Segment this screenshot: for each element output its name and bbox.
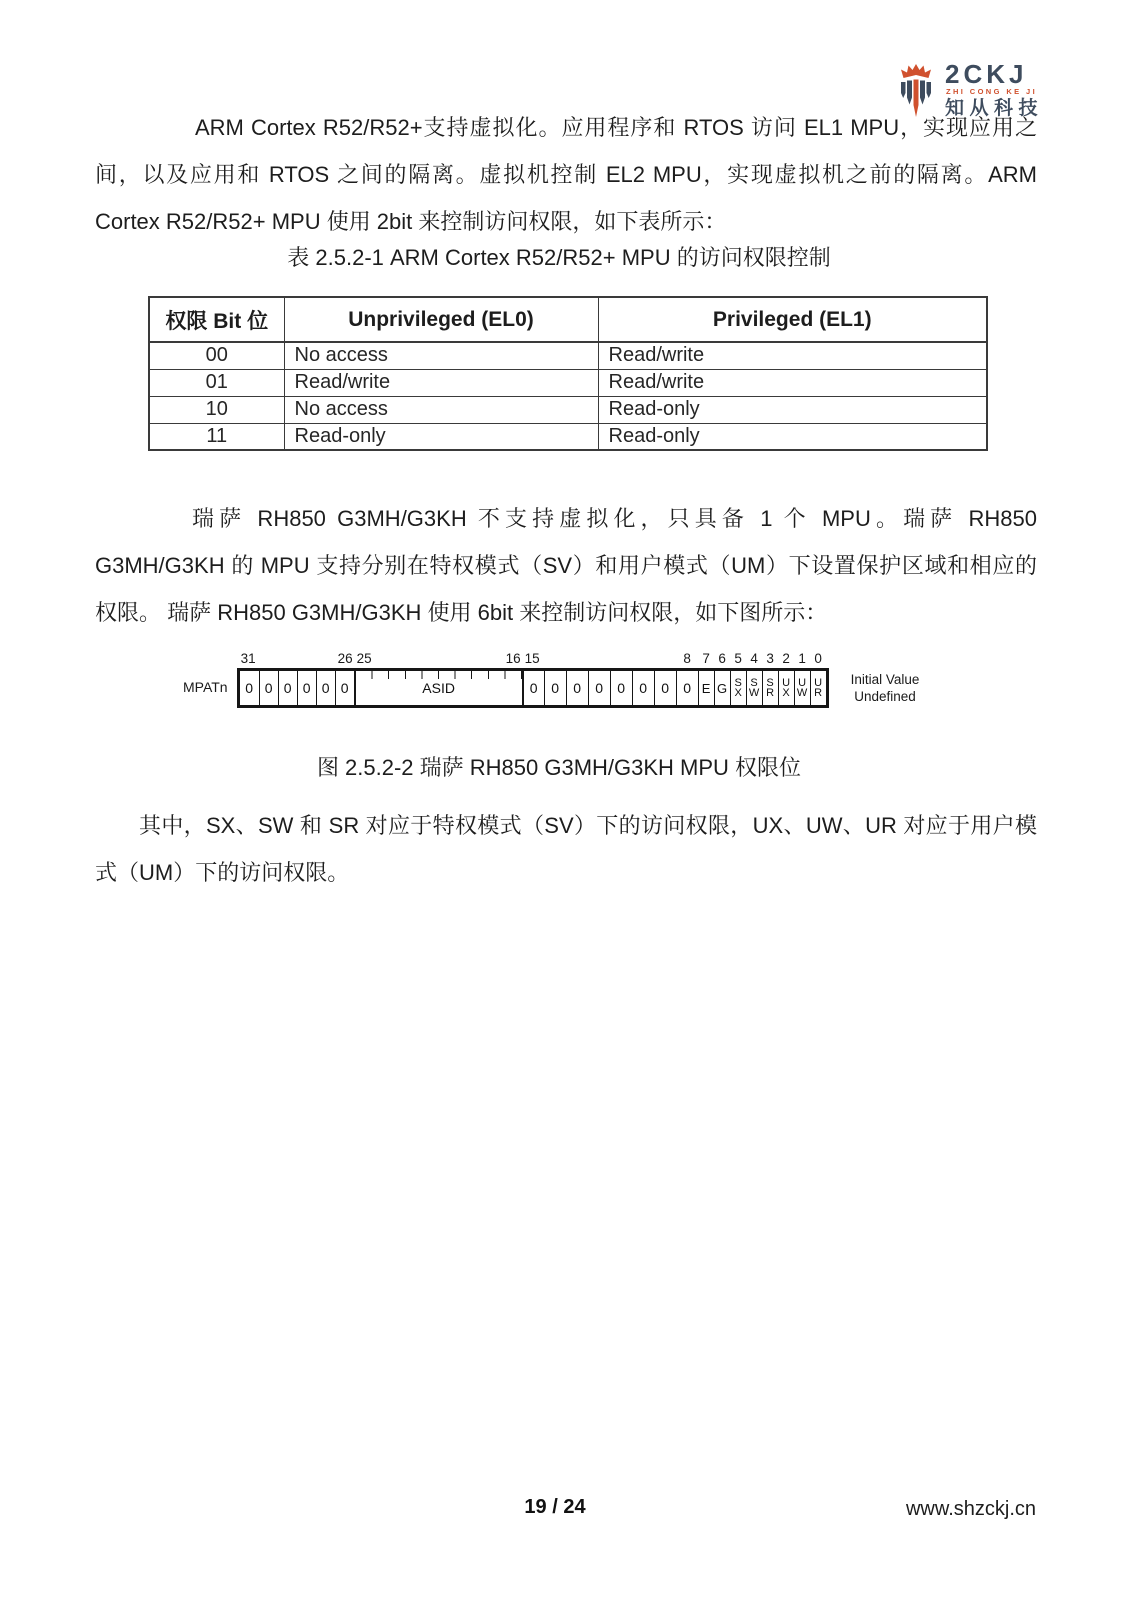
table-cell: Read/write	[598, 369, 987, 396]
register-bit-cell: 0U R	[810, 671, 826, 705]
register-bit-cell: 2U X	[778, 671, 794, 705]
register-bit-cell: 0	[259, 671, 278, 705]
document-page: 2CKJ ZHI CONG KE JI 知从科技 ARM Cortex R52/…	[0, 0, 1131, 1600]
website-link[interactable]: www.shzckj.cn	[906, 1498, 1036, 1521]
register-cells-outer: 31000002602516ASID150000000807E6G5S X4S …	[237, 648, 829, 708]
bit-field-label: U R	[814, 678, 822, 699]
bit-field-label: 0	[530, 680, 538, 696]
table-cell: 10	[149, 396, 284, 423]
bit-number-label: 16	[506, 651, 521, 666]
initial-value-line2: Undefined	[851, 688, 920, 705]
bit-field-label: E	[702, 681, 711, 696]
table-header-unprivileged: Unprivileged (EL0)	[284, 297, 598, 342]
table-row: 00No accessRead/write	[149, 342, 987, 369]
bit-field-label: ASID	[422, 680, 455, 696]
asid-bit-ticks	[356, 671, 522, 679]
bit-field-label: 0	[265, 680, 273, 696]
paragraph-rh850: 瑞萨 RH850 G3MH/G3KH 不支持虚拟化，只具备 1 个 MPU。瑞萨…	[95, 495, 1037, 636]
access-permission-table: 权限 Bit 位 Unprivileged (EL0) Privileged (…	[148, 296, 988, 451]
bit-field-label: 0	[322, 680, 330, 696]
figure-caption: 图 2.5.2-2 瑞萨 RH850 G3MH/G3KH MPU 权限位	[0, 751, 1118, 782]
register-bit-cell: 3S R	[762, 671, 778, 705]
logo-wordmark: 2CKJ	[945, 62, 1043, 86]
table-caption: 表 2.5.2-1 ARM Cortex R52/R52+ MPU 的访问权限控…	[0, 241, 1118, 272]
table-cell: Read-only	[284, 423, 598, 450]
register-bit-cell: 2516ASID	[354, 671, 522, 705]
table-row: 01Read/writeRead/write	[149, 369, 987, 396]
register-cells: 31000002602516ASID150000000807E6G5S X4S …	[237, 668, 829, 708]
logo-subtext: ZHI CONG KE JI	[946, 87, 1043, 96]
register-bit-cell: 80	[676, 671, 698, 705]
paragraph-arm-cortex: ARM Cortex R52/R52+支持虚拟化。应用程序和 RTOS 访问 E…	[95, 104, 1037, 245]
bit-field-label: 0	[341, 680, 349, 696]
table-header-privileged: Privileged (EL1)	[598, 297, 987, 342]
table-header-bit: 权限 Bit 位	[149, 297, 284, 342]
register-name-label: MPATn	[183, 679, 228, 695]
register-bit-cell: 1U W	[794, 671, 810, 705]
register-bit-cell: 0	[544, 671, 566, 705]
bit-field-label: 0	[683, 680, 691, 696]
bit-number-label: 15	[525, 651, 540, 666]
table-cell: No access	[284, 396, 598, 423]
bit-number-label: 1	[798, 651, 806, 666]
bit-number-label: 31	[241, 651, 256, 666]
register-bit-cell: 0	[610, 671, 632, 705]
register-bit-cell: 0	[588, 671, 610, 705]
table-body: 00No accessRead/write01Read/writeRead/wr…	[149, 342, 987, 450]
bit-field-label: 0	[661, 680, 669, 696]
table-cell: 01	[149, 369, 284, 396]
bit-number-label: 0	[814, 651, 822, 666]
initial-value-line1: Initial Value	[851, 671, 920, 688]
register-bit-cell: 0	[316, 671, 335, 705]
bit-number-label: 7	[702, 651, 710, 666]
bit-field-label: 0	[573, 680, 581, 696]
bit-number-label: 2	[782, 651, 790, 666]
register-bit-cell: 0	[632, 671, 654, 705]
register-bit-cell: 0	[297, 671, 316, 705]
register-bit-cell: 0	[566, 671, 588, 705]
register-bit-cell: 150	[522, 671, 544, 705]
register-bit-cell: 0	[654, 671, 676, 705]
bit-field-label: S W	[749, 678, 759, 699]
bit-field-label: 0	[551, 680, 559, 696]
bit-field-label: S R	[766, 678, 774, 699]
register-bit-cell: 7E	[698, 671, 714, 705]
bit-field-label: 0	[245, 680, 253, 696]
table-cell: 11	[149, 423, 284, 450]
bit-field-label: 0	[284, 680, 292, 696]
bit-field-label: 0	[639, 680, 647, 696]
bit-field-label: 0	[303, 680, 311, 696]
bit-number-label: 4	[750, 651, 758, 666]
table-cell: Read-only	[598, 423, 987, 450]
bit-number-label: 26	[338, 651, 353, 666]
register-bit-cell: 5S X	[730, 671, 746, 705]
table-cell: Read-only	[598, 396, 987, 423]
bit-field-label: U X	[782, 678, 790, 699]
register-bit-cell: 0	[278, 671, 297, 705]
bit-number-label: 8	[683, 651, 691, 666]
table-cell: Read/write	[284, 369, 598, 396]
bit-number-label: 3	[766, 651, 774, 666]
register-bit-cell: 4S W	[746, 671, 762, 705]
table-header-row: 权限 Bit 位 Unprivileged (EL0) Privileged (…	[149, 297, 987, 342]
bit-field-label: 0	[595, 680, 603, 696]
register-bit-cell: 6G	[714, 671, 730, 705]
bit-field-label: 0	[617, 680, 625, 696]
bit-number-label: 5	[734, 651, 742, 666]
paragraph-permission-bits: 其中，SX、SW 和 SR 对应于特权模式（SV）下的访问权限，UX、UW、UR…	[95, 802, 1037, 896]
table-row: 10No accessRead-only	[149, 396, 987, 423]
table-row: 11Read-onlyRead-only	[149, 423, 987, 450]
table-cell: 00	[149, 342, 284, 369]
table-cell: Read/write	[598, 342, 987, 369]
initial-value-note: Initial Value Undefined	[851, 671, 920, 705]
register-bit-cell: 310	[240, 671, 259, 705]
mpu-register-figure: MPATn 31000002602516ASID150000000807E6G5…	[183, 648, 919, 708]
bit-field-label: U W	[797, 678, 807, 699]
register-bit-cell: 260	[335, 671, 354, 705]
table-cell: No access	[284, 342, 598, 369]
bit-number-label: 6	[718, 651, 726, 666]
bit-number-label: 25	[357, 651, 372, 666]
bit-field-label: S X	[734, 678, 741, 699]
bit-field-label: G	[717, 681, 727, 696]
